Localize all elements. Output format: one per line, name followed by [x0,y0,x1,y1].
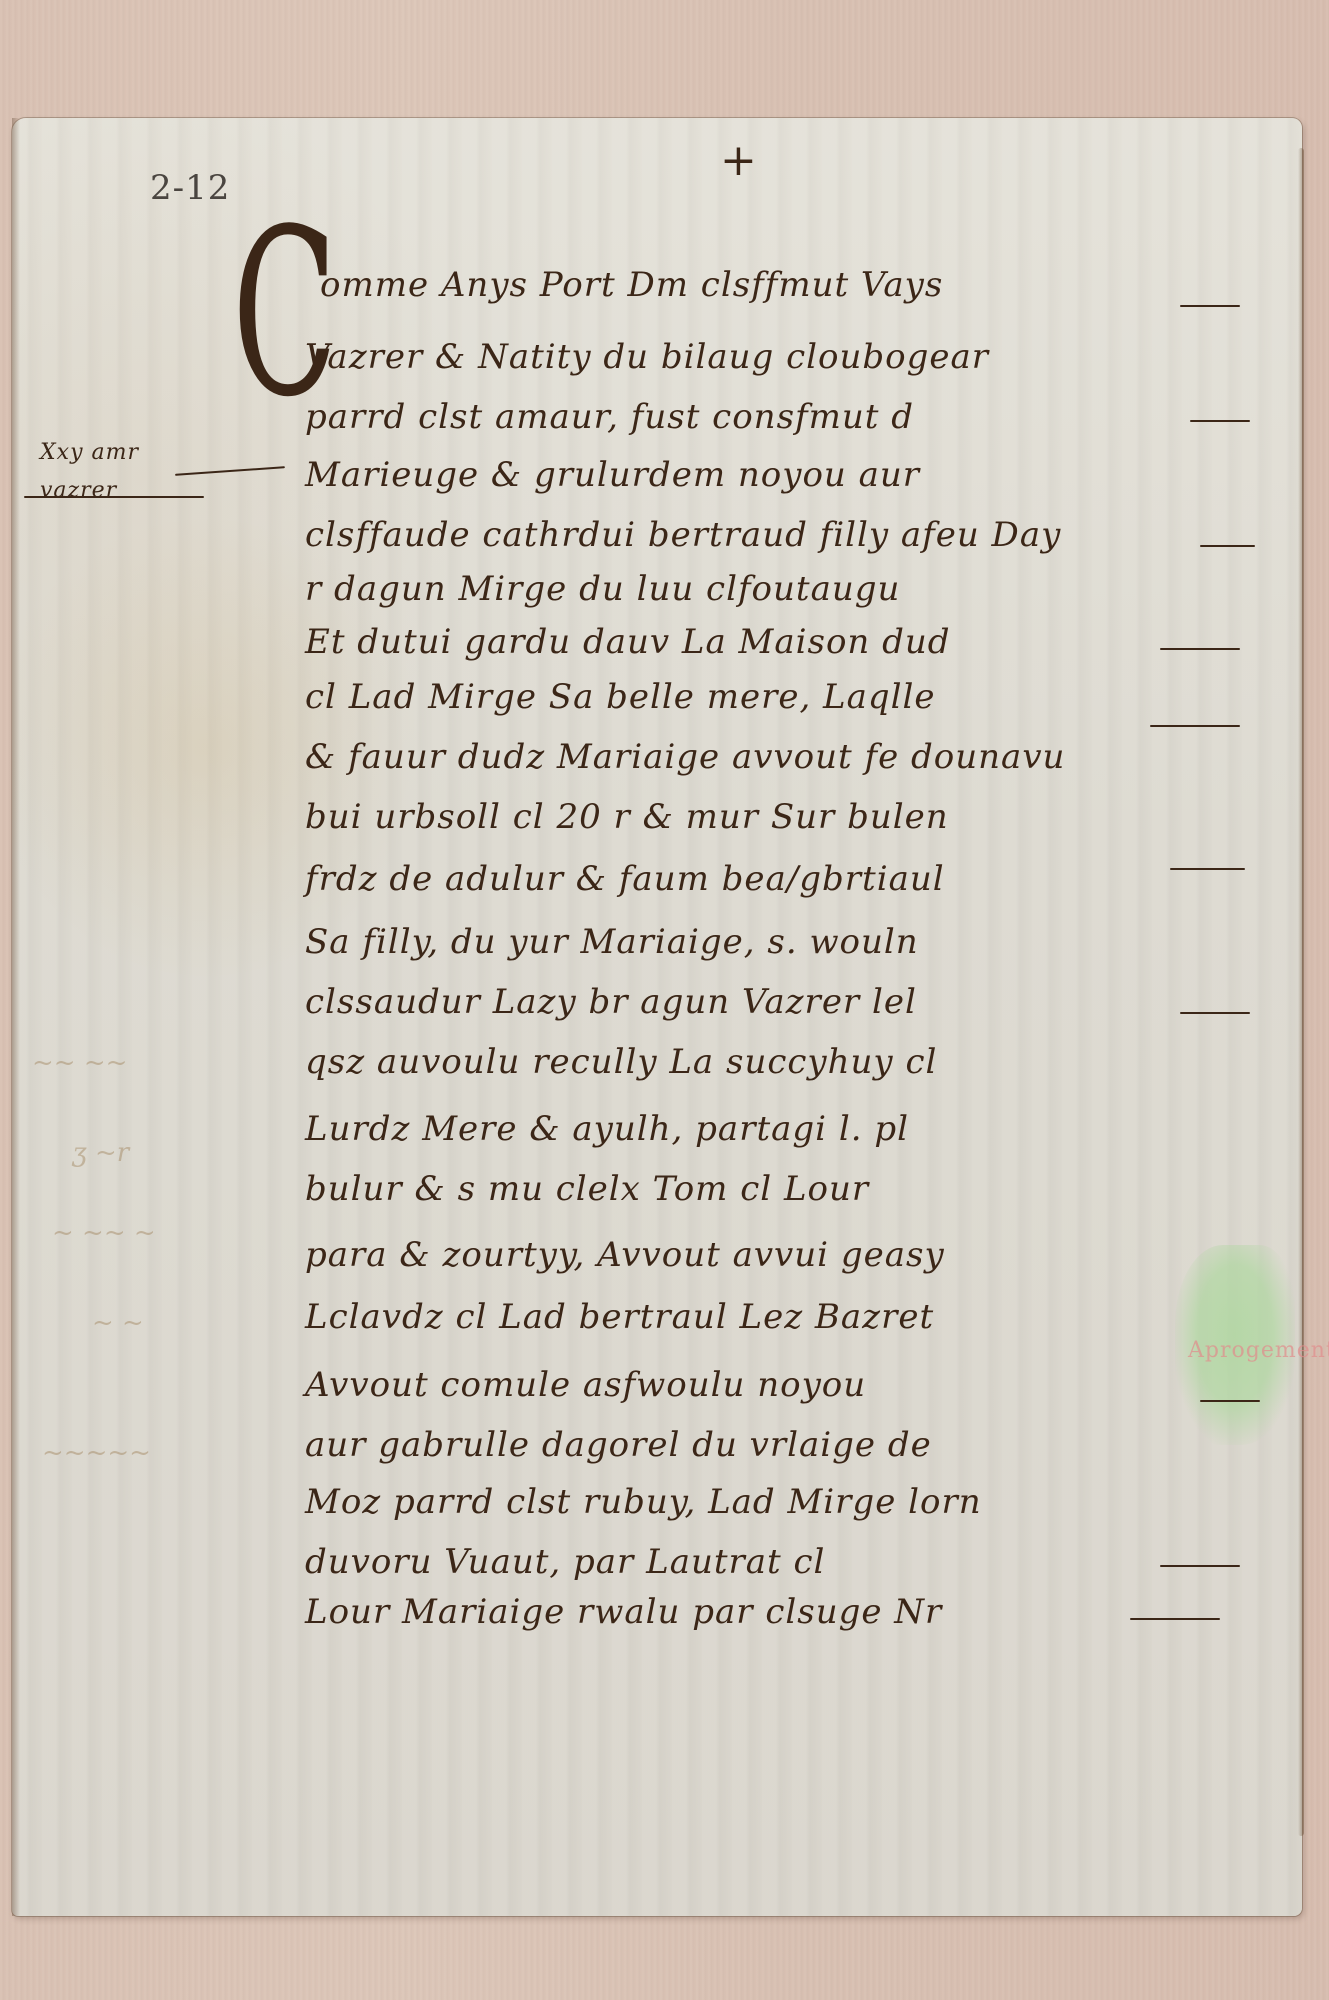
stamp-text: Aprogements [1188,1338,1329,1363]
manuscript-line-14: qsz auvoulu recully La succyhuy cl [305,1045,937,1079]
manuscript-line-1: omme Anys Port Dm clsffmut Vays [320,268,943,302]
bleed-through-text: ~ ~~ ~ [52,1218,156,1248]
margin-note-line-1: Xxy amr [40,440,139,465]
folio-number: 2-12 [150,168,230,208]
bleed-through-text: ʒ ~r [72,1138,129,1168]
manuscript-line-4: Marieuge & grulurdem noyou aur [305,458,920,492]
line-end-flourish [1160,1565,1240,1567]
line-end-flourish [1190,420,1250,422]
line-end-flourish [1200,545,1255,547]
line-end-flourish [1180,1012,1250,1014]
margin-flourish [24,496,204,498]
line-end-flourish [1200,1400,1260,1402]
manuscript-line-3: parrd clst amaur, fust consfmut d [305,400,914,434]
manuscript-line-18: Lclavdz cl Lad bertraul Lez Bazret [305,1300,934,1334]
manuscript-line-13: clssaudur Lazy br agun Vazrer lel [305,985,917,1019]
manuscript-line-5: clsffaude cathrdui bertraud filly afeu D… [305,518,1061,552]
manuscript-line-9: & fauur dudz Mariaige avvout fe dounavu [305,740,1065,774]
manuscript-line-19: Avvout comule asfwoulu noyou [305,1368,866,1402]
line-end-flourish [1170,868,1245,870]
manuscript-line-10: bui urbsoll cl 20 r & mur Sur bulen [305,800,949,834]
manuscript-line-7: Et dutui gardu dauv La Maison dud [305,625,951,659]
manuscript-line-11: frdz de adulur & faum bea/gbrtiaul [305,862,945,896]
manuscript-line-17: para & zourtyy, Avvout avvui geasy [305,1238,945,1272]
manuscript-line-12: Sa filly, du yur Mariaige, s. wouln [305,925,919,959]
manuscript-line-22: duvoru Vuaut, par Lautrat cl [305,1545,825,1579]
manuscript-line-6: r dagun Mirge du luu clfoutaugu [305,572,900,606]
manuscript-line-16: bulur & s mu clelx Tom cl Lour [305,1172,869,1206]
bleed-through-text: ~~~~~ [42,1438,151,1468]
bleed-through-text: ~ ~ [92,1308,144,1338]
line-end-flourish [1180,305,1240,307]
decorated-initial: C [232,200,338,430]
manuscript-line-15: Lurdz Mere & ayulh, partagi l. pl [305,1112,909,1146]
bleed-through-text: ~~ ~~ [32,1048,127,1078]
manuscript-line-20: aur gabrulle dagorel du vrlaige de [305,1428,932,1462]
cross-mark: + [720,135,758,186]
manuscript-line-8: cl Lad Mirge Sa belle mere, Laqlle [305,680,936,714]
line-end-flourish [1150,725,1240,727]
manuscript-line-2: Vazrer & Natity du bilaug cloubogear [305,340,989,374]
manuscript-line-23: Lour Mariaige rwalu par clsuge Nr [305,1595,942,1629]
margin-note-line-2: vazrer [40,478,117,503]
line-end-flourish [1130,1618,1220,1620]
manuscript-line-21: Moz parrd clst rubuy, Lad Mirge lorn [305,1485,982,1519]
line-end-flourish [1160,648,1240,650]
